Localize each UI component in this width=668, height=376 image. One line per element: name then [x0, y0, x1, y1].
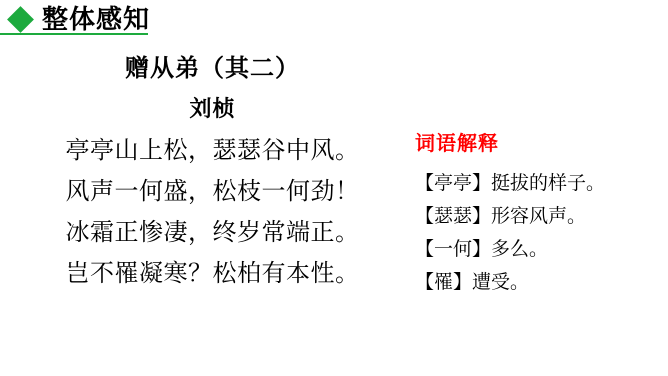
- section-header-title: 整体感知: [42, 5, 150, 33]
- vocabulary-entry: 【亭亭】挺拔的样子。: [415, 167, 655, 200]
- section-header: 整体感知: [7, 5, 150, 33]
- vocabulary-entry: 【瑟瑟】形容风声。: [415, 200, 655, 233]
- slide: 整体感知 赠从弟（其二） 刘桢 亭亭山上松，瑟瑟谷中风。 风声一何盛，松枝一何劲…: [0, 0, 668, 376]
- vocabulary-section: 词语解释 【亭亭】挺拔的样子。 【瑟瑟】形容风声。 【一何】多么。 【罹】遭受。: [415, 134, 655, 299]
- poem-title: 赠从弟（其二）: [25, 56, 400, 82]
- vocabulary-list: 【亭亭】挺拔的样子。 【瑟瑟】形容风声。 【一何】多么。 【罹】遭受。: [415, 167, 655, 299]
- poem-line: 亭亭山上松，瑟瑟谷中风。: [25, 131, 400, 172]
- poem-line: 冰霜正惨凄，终岁常端正。: [25, 213, 400, 254]
- vocabulary-entry: 【罹】遭受。: [415, 266, 655, 299]
- poem-body: 亭亭山上松，瑟瑟谷中风。 风声一何盛，松枝一何劲！ 冰霜正惨凄，终岁常端正。 岂…: [25, 131, 400, 295]
- header-underline: [0, 33, 148, 35]
- diamond-icon: [7, 6, 34, 33]
- poem-line: 岂不罹凝寒？松柏有本性。: [25, 254, 400, 295]
- vocabulary-entry: 【一何】多么。: [415, 233, 655, 266]
- poem-author: 刘桢: [25, 97, 400, 121]
- poem-line: 风声一何盛，松枝一何劲！: [25, 172, 400, 213]
- vocabulary-title: 词语解释: [415, 134, 655, 155]
- poem-section: 赠从弟（其二） 刘桢 亭亭山上松，瑟瑟谷中风。 风声一何盛，松枝一何劲！ 冰霜正…: [25, 56, 400, 295]
